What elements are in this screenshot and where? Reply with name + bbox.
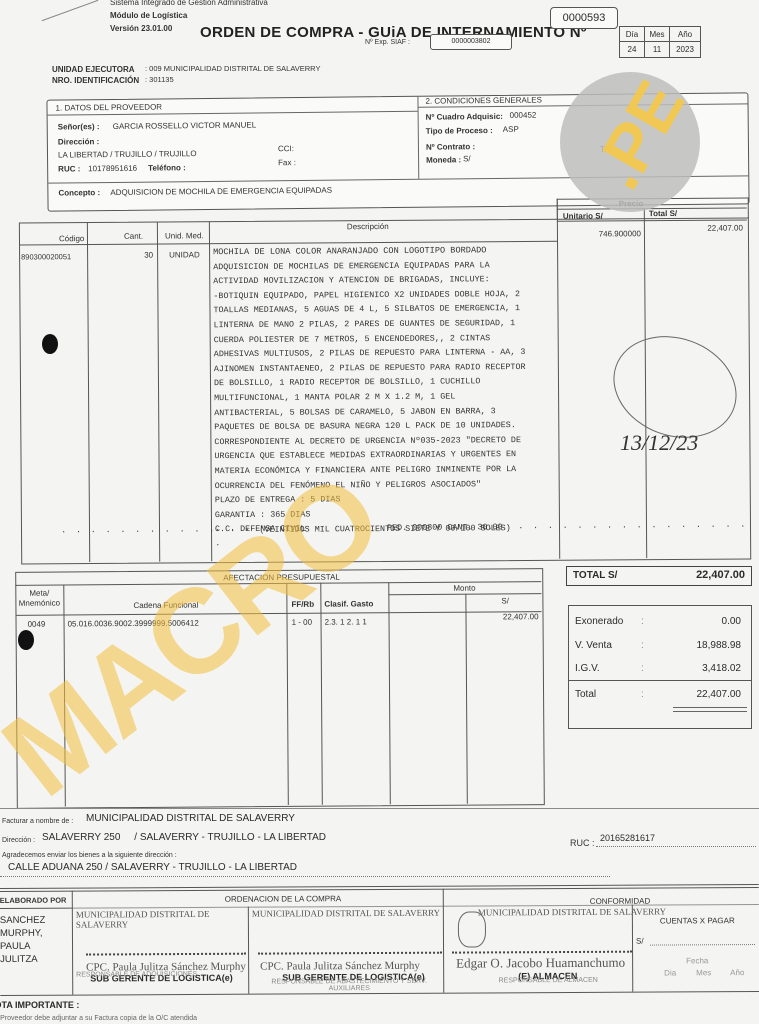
elaborado-name: SANCHEZ MURPHY, PAULA JULITZA bbox=[0, 914, 70, 966]
total-value: 22,407.00 bbox=[696, 569, 745, 581]
item-unid: UNIDAD bbox=[169, 250, 200, 259]
budget-meta: 0049 bbox=[28, 620, 46, 629]
final-total-value: 22,407.00 bbox=[697, 689, 742, 700]
punch-hole bbox=[18, 630, 34, 650]
siaf-number: 0000003802 bbox=[430, 34, 512, 50]
budget-monto: 22,407.00 bbox=[468, 612, 538, 621]
venta-value: 18,988.98 bbox=[697, 640, 742, 651]
item-total: 22,407.00 bbox=[647, 223, 743, 233]
contrato-label: Nº Contrato : bbox=[426, 142, 475, 152]
date-table: Día Mes Año 24 11 2023 bbox=[619, 26, 701, 58]
tax-summary: Exonerado : 0.00 V. Venta : 18,988.98 I.… bbox=[568, 605, 752, 729]
sig2-name: CPC. Paula Julitza Sánchez Murphy bbox=[260, 960, 420, 973]
cuadro-label: Nº Cuadro Adquisic: bbox=[426, 112, 503, 122]
nro-label: NRO. IDENTIFICACIÓN bbox=[52, 76, 139, 85]
telefono-label: Teléfono : bbox=[148, 163, 186, 172]
importante-label: NOTA IMPORTANTE : bbox=[0, 1000, 79, 1010]
year-value: 2023 bbox=[670, 42, 701, 58]
col-unitario: Unitario S/ bbox=[563, 211, 603, 220]
nro-value: : 301135 bbox=[145, 75, 174, 84]
total-label: TOTAL S/ bbox=[573, 570, 617, 581]
col-meta: Meta/ Mnemónico bbox=[16, 589, 62, 609]
envio-value: CALLE ADUANA 250 / SALAVERRY - TRUJILLO … bbox=[8, 862, 297, 873]
direccion-billing-label: Dirección : bbox=[2, 837, 35, 844]
igv-label: I.G.V. bbox=[575, 663, 600, 674]
system-name: Sistema Integrado de Gestión Administrat… bbox=[110, 0, 268, 8]
item-desc-line: AJINOMEN INSTANTAENEO, 2 PILAS DE REPUES… bbox=[214, 360, 558, 377]
month-label: Mes bbox=[645, 27, 670, 42]
item-cant: 30 bbox=[119, 251, 153, 260]
col-unid: Unid. Med. bbox=[165, 231, 204, 240]
sig2-muni: MUNICIPALIDAD DISTRITAL DE SALAVERRY bbox=[252, 908, 442, 919]
order-number: 0000593 bbox=[550, 7, 618, 29]
sig3-name: Edgar O. Jacobo Huamanchumo bbox=[456, 955, 625, 972]
item-codigo: 890300020051 bbox=[21, 252, 71, 261]
sig3-printed: RESPONSABLE DE ALMACEN bbox=[488, 977, 608, 985]
proceso-value: ASP bbox=[503, 125, 519, 134]
module-name: Módulo de Logística bbox=[110, 10, 187, 21]
moneda-value: S/ bbox=[463, 154, 471, 163]
version: Versión 23.01.00 bbox=[110, 23, 172, 34]
signature-1: MUNICIPALIDAD DISTRITAL DE SALAVERRY CPC… bbox=[76, 909, 246, 930]
envio-label: Agradecemos enviar los bienes a la sigui… bbox=[2, 852, 177, 859]
month-value: 11 bbox=[645, 42, 670, 58]
signature-2: MUNICIPALIDAD DISTRITAL DE SALAVERRY CPC… bbox=[252, 908, 442, 919]
venta-label: V. Venta bbox=[575, 640, 612, 651]
sig2-printed: RESPONSABLE DE ABASTECIMIENTO Y SERV. AU… bbox=[256, 978, 442, 993]
punch-hole bbox=[42, 334, 58, 354]
fecha-label: Fecha bbox=[686, 956, 708, 965]
col-total: Total S/ bbox=[649, 209, 677, 218]
concepto-label: Concepto : bbox=[58, 188, 100, 197]
day-value: 24 bbox=[620, 42, 645, 58]
conditions-section-title: 2. CONDICIONES GENERALES bbox=[425, 95, 542, 105]
item-unitario: 746.900000 bbox=[559, 229, 641, 239]
mes-label: Mes bbox=[696, 968, 711, 977]
budget-clasif: 2.3. 1 2. 1 1 bbox=[325, 617, 367, 626]
item-desc-body: ADQUISICION DE MOCHILAS DE EMERGENCIA EQ… bbox=[213, 257, 559, 522]
col-cant: Cant. bbox=[124, 232, 143, 241]
col-monto: Monto bbox=[453, 584, 475, 593]
moneda-label: Moneda : bbox=[426, 155, 461, 164]
col-soles: S/ bbox=[501, 596, 509, 605]
pen-mark bbox=[42, 0, 99, 21]
col-codigo: Código bbox=[59, 234, 84, 243]
colon: : bbox=[641, 640, 644, 651]
handwritten-date: 13/12/23 bbox=[620, 430, 698, 456]
sig1-printed: RESPONSABLE DE ADQUISICIONES bbox=[76, 971, 197, 979]
importante-note: El Proveedor debe adjuntar a su Factura … bbox=[0, 1015, 197, 1022]
elaborado-label: ELABORADO POR bbox=[0, 896, 66, 905]
igv-value: 3,418.02 bbox=[702, 663, 741, 674]
ruc-label: RUC : bbox=[58, 164, 80, 173]
exonerado-label: Exonerado bbox=[575, 616, 623, 627]
exonerado-value: 0.00 bbox=[722, 616, 741, 627]
colon: : bbox=[641, 663, 644, 674]
final-total-label: Total bbox=[575, 689, 596, 700]
supplier-name: GARCIA ROSSELLO VICTOR MANUEL bbox=[113, 120, 257, 131]
signature-block: ELABORADO POR SANCHEZ MURPHY, PAULA JULI… bbox=[0, 884, 759, 998]
sig1-muni: MUNICIPALIDAD DISTRITAL DE SALAVERRY bbox=[76, 909, 246, 930]
supplier-ruc: 10178951616 bbox=[88, 164, 137, 174]
item-desc-line: MATERIA ECONÓMICA Y FINANCIERA ANTE PELI… bbox=[215, 462, 559, 479]
total-box: TOTAL S/ 22,407.00 bbox=[566, 566, 752, 586]
muni-seal-icon bbox=[458, 911, 486, 947]
supplier-section-title: 1. DATOS DEL PROVEEDOR bbox=[55, 102, 162, 112]
unidad-label: UNIDAD EJECUTORA bbox=[52, 65, 135, 74]
siaf-label: Nº Exp. SIAF : bbox=[365, 39, 410, 46]
colon: : bbox=[641, 616, 644, 627]
concepto-value: ADQUISICION DE MOCHILA DE EMERGENCIA EQU… bbox=[110, 186, 332, 197]
filler-dots: · · · · · · · · · · · bbox=[61, 526, 216, 537]
direccion-label: Dirección : bbox=[58, 137, 99, 146]
ordenacion-label: ORDENACION DE LA COMPRA bbox=[225, 894, 342, 904]
day-label: Día bbox=[620, 27, 645, 42]
ano-label: Año bbox=[730, 968, 744, 977]
conformidad-label: CONFORMIDAD bbox=[590, 897, 650, 906]
billing-ruc-label: RUC : bbox=[570, 838, 595, 848]
billing-ruc-value: 20165281617 bbox=[600, 833, 655, 843]
proceso-label: Tipo de Proceso : bbox=[426, 126, 493, 136]
cuentas-label: CUENTAS X PAGAR bbox=[660, 916, 735, 925]
dia-label: Dia bbox=[664, 968, 676, 977]
year-label: Año bbox=[670, 27, 701, 42]
item-desc-line: LINTERNA DE MANO 2 PILAS, 2 PARES DE GUA… bbox=[214, 316, 558, 333]
cuadro-value: 000452 bbox=[510, 111, 537, 120]
unidad-value: : 009 MUNICIPALIDAD DISTRITAL DE SALAVER… bbox=[145, 64, 320, 73]
fax-label: Fax : bbox=[278, 158, 296, 167]
direccion-billing-value: SALAVERRY 250 / SALAVERRY - TRUJILLO - L… bbox=[42, 832, 326, 843]
cuentas-soles: S/ bbox=[636, 937, 644, 946]
col-descripcion: Descripción bbox=[347, 222, 389, 231]
senor-label: Señor(es) : bbox=[58, 122, 100, 131]
direccion-value: LA LIBERTAD / TRUJILLO / TRUJILLO bbox=[58, 149, 197, 159]
facturar-value: MUNICIPALIDAD DISTRITAL DE SALAVERRY bbox=[86, 813, 295, 824]
colon: : bbox=[641, 689, 644, 700]
cci-label: CCI: bbox=[278, 144, 294, 153]
